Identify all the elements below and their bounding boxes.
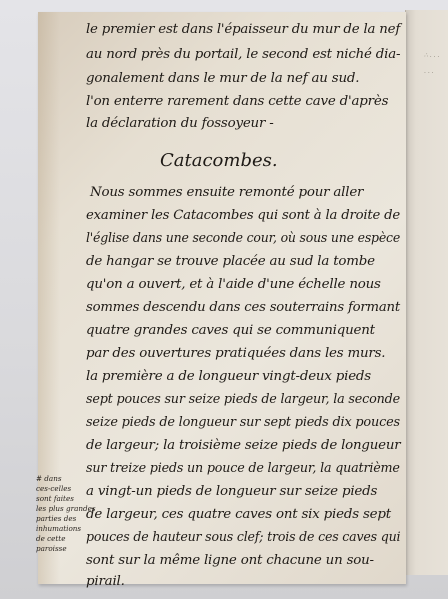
- text-line: la déclaration du fossoyeur -: [86, 116, 274, 131]
- facing-page-edge: [405, 10, 448, 575]
- text-line: par des ouvertures pratiquées dans les m…: [86, 346, 385, 361]
- text-line: de hangar se trouve placée au sud la tom…: [86, 254, 375, 269]
- text-line: le premier est dans l'épaisseur du mur d…: [86, 22, 400, 37]
- text-line: pouces de hauteur sous clef; trois de ce…: [86, 530, 400, 545]
- margin-note: # dans ces-celles sont faites les plus g…: [36, 474, 88, 554]
- text-line: la première a de longueur vingt-deux pie…: [86, 369, 371, 384]
- text-line: sept pouces sur seize pieds de largeur, …: [86, 392, 400, 407]
- text-line: l'église dans une seconde cour, où sous …: [86, 231, 400, 246]
- text-line: au nord près du portail, le second est n…: [86, 47, 400, 62]
- margin-note-line: inhumations: [36, 524, 88, 534]
- text-line: a vingt-un pieds de longueur sur seize p…: [86, 484, 377, 499]
- margin-note-line: de cette: [36, 534, 88, 544]
- margin-note-line: # dans: [36, 474, 88, 484]
- text-line: de largeur, ces quatre caves ont six pie…: [86, 507, 391, 522]
- text-line: sont sur la même ligne ont chacune un so…: [86, 553, 374, 568]
- text-line: sur treize pieds un pouce de largeur, la…: [86, 461, 400, 476]
- margin-note-line: les plus grandes: [36, 504, 88, 514]
- text-line: l'on enterre rarement dans cette cave d'…: [86, 94, 388, 109]
- text-line: gonalement dans le mur de la nef au sud.: [86, 71, 359, 86]
- text-line: sommes descendu dans ces souterrains for…: [86, 300, 400, 315]
- text-line: de largeur; la troisième seize pieds de …: [86, 438, 400, 453]
- margin-note-line: parties des: [36, 514, 88, 524]
- text-line: seize pieds de longueur sur sept pieds d…: [86, 415, 400, 430]
- text-line: Nous sommes ensuite remonté pour aller: [90, 185, 363, 200]
- margin-note-line: ces-celles: [36, 484, 88, 494]
- text-line: pirail.: [86, 574, 125, 589]
- margin-note-line: sont faites: [36, 494, 88, 504]
- text-line: qu'on a ouvert, et à l'aide d'une échell…: [86, 277, 381, 292]
- text-line: examiner les Catacombes qui sont à la dr…: [86, 208, 400, 223]
- margin-note-line: paroisse: [36, 544, 88, 554]
- bleed-through-marks: ∴ . . .. . .: [424, 48, 439, 80]
- section-title: Catacombes.: [160, 150, 278, 171]
- text-line: quatre grandes caves qui se communiquent: [86, 323, 375, 338]
